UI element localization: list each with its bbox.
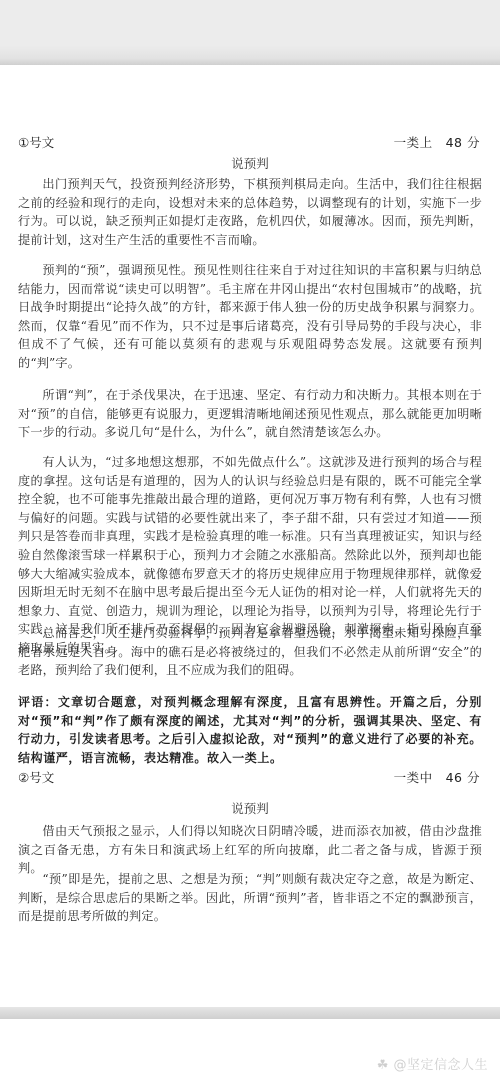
essay-1-paragraph-5: 总而言之，人生是门实验科学，预判者是拿着望远镜，水手渴望未知与探险，掌舵者永远是… xyxy=(18,624,482,680)
essay-1-paragraph-3: 所谓“判”，在于杀伐果决，在于迅速、坚定、有行动力和决断力。其根本则在于对“预”… xyxy=(18,386,482,442)
essay-2-paragraph-2: “预”即是先，提前之思、之想是为预；“判”则颇有裁决定夺之意，故是为断定、判断，… xyxy=(18,870,482,926)
essay-2-title: 说预判 xyxy=(0,799,500,817)
watermark: ☘ @坚定信念人生 xyxy=(377,1054,488,1073)
essay-1-title: 说预判 xyxy=(0,154,500,172)
essay-1-paragraph-2: 预判的“预”，强调预见性。预见性则往往来自于对过往知识的丰富积累与归纳总结能力，… xyxy=(18,261,482,373)
essay-2-grade: 一类中 46 分 xyxy=(394,768,480,786)
top-gray-band xyxy=(0,0,500,65)
essay-1-comment: 评语：文章切合题意，对预判概念理解有深度，且富有思辨性。开篇之后，分别对“预”和… xyxy=(18,693,482,767)
essay-1-header: ①号文 一类上 48 分 xyxy=(18,132,480,152)
watermark-text: @坚定信念人生 xyxy=(393,1058,488,1073)
essay-2-label: ②号文 xyxy=(18,768,54,786)
document-page: ①号文 一类上 48 分 说预判 出门预判天气，投资预判经济形势，下棋预判棋局走… xyxy=(0,66,500,1006)
toutiao-logo-icon: ☘ xyxy=(377,1058,389,1073)
essay-1-label: ①号文 xyxy=(18,133,54,151)
page-separator-bar xyxy=(0,1007,500,1019)
essay-1-grade: 一类上 48 分 xyxy=(394,133,480,151)
essay-2-header: ②号文 一类中 46 分 xyxy=(18,767,480,787)
essay-1-paragraph-1: 出门预判天气，投资预判经济形势，下棋预判棋局走向。生活中，我们往往根据之前的经验… xyxy=(18,175,482,249)
